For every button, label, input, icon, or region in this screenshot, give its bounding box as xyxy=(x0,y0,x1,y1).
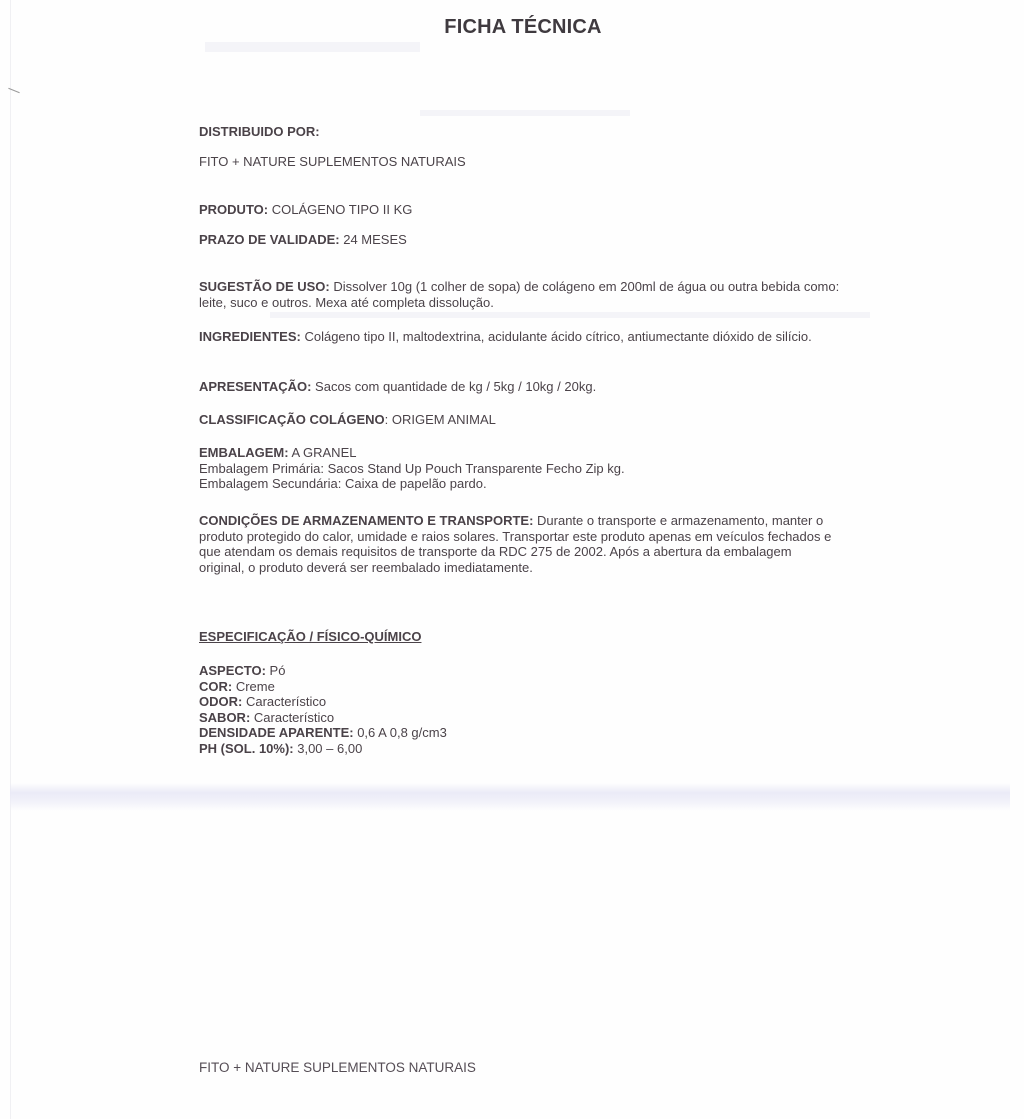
ingredientes-label: INGREDIENTES: xyxy=(199,329,301,344)
sugestao-uso-label: SUGESTÃO DE USO: xyxy=(199,279,330,294)
produto-field: PRODUTO: COLÁGENO TIPO II KG xyxy=(199,202,849,218)
embalagem-line: EMBALAGEM: A GRANEL xyxy=(199,445,849,461)
embalagem-secundaria: Embalagem Secundária: Caixa de papelão p… xyxy=(199,476,849,492)
spec-item-odor: ODOR: Característico xyxy=(199,694,849,710)
embalagem-label: EMBALAGEM: xyxy=(199,445,289,460)
especificacao-heading: ESPECIFICAÇÃO / FÍSICO-QUÍMICO xyxy=(199,629,849,645)
document-page: FICHA TÉCNICA DISTRIBUIDO POR: FITO + NA… xyxy=(0,0,1024,1119)
bleed-through-artifact xyxy=(270,312,870,318)
especificacao-list: ASPECTO: Pó COR: Creme ODOR: Característ… xyxy=(199,663,849,756)
sugestao-uso-field: SUGESTÃO DE USO: Dissolver 10g (1 colher… xyxy=(199,279,849,310)
apresentacao-label: APRESENTAÇÃO: xyxy=(199,379,311,394)
spec-item-cor: COR: Creme xyxy=(199,679,849,695)
spec-item-sabor: SABOR: Característico xyxy=(199,710,849,726)
distribuido-por-label: DISTRIBUIDO POR: xyxy=(199,124,849,140)
embalagem-value: A GRANEL xyxy=(289,445,357,460)
produto-label: PRODUTO: xyxy=(199,202,268,217)
scan-edge-artifact xyxy=(10,0,11,1119)
spec-item-ph: PH (SOL. 10%): 3,00 – 6,00 xyxy=(199,741,849,757)
document-title: FICHA TÉCNICA xyxy=(0,16,1024,39)
classificacao-field: CLASSIFICAÇÃO COLÁGENO: ORIGEM ANIMAL xyxy=(199,412,849,428)
embalagem-field: EMBALAGEM: A GRANEL Embalagem Primária: … xyxy=(199,445,849,492)
spec-item-aspecto: ASPECTO: Pó xyxy=(199,663,849,679)
bleed-through-artifact xyxy=(420,110,630,116)
apresentacao-field: APRESENTAÇÃO: Sacos com quantidade de kg… xyxy=(199,379,849,395)
document-footer: FITO + NATURE SUPLEMENTOS NATURAIS xyxy=(199,1060,476,1075)
produto-value: COLÁGENO TIPO II KG xyxy=(268,202,412,217)
prazo-validade-field: PRAZO DE VALIDADE: 24 MESES xyxy=(199,232,849,248)
apresentacao-value: Sacos com quantidade de kg / 5kg / 10kg … xyxy=(311,379,596,394)
distribuido-por-value: FITO + NATURE SUPLEMENTOS NATURAIS xyxy=(199,154,849,170)
condicoes-label: CONDIÇÕES DE ARMAZENAMENTO E TRANSPORTE: xyxy=(199,513,533,528)
condicoes-field: CONDIÇÕES DE ARMAZENAMENTO E TRANSPORTE:… xyxy=(199,513,839,575)
classificacao-value: : ORIGEM ANIMAL xyxy=(385,412,496,427)
embalagem-primaria: Embalagem Primária: Sacos Stand Up Pouch… xyxy=(199,461,849,477)
scan-band-artifact xyxy=(10,783,1010,811)
classificacao-label: CLASSIFICAÇÃO COLÁGENO xyxy=(199,412,385,427)
ingredientes-field: INGREDIENTES: Colágeno tipo II, maltodex… xyxy=(199,329,849,345)
prazo-validade-value: 24 MESES xyxy=(340,232,407,247)
spec-item-densidade: DENSIDADE APARENTE: 0,6 A 0,8 g/cm3 xyxy=(199,725,849,741)
ingredientes-value: Colágeno tipo II, maltodextrina, acidula… xyxy=(301,329,812,344)
prazo-validade-label: PRAZO DE VALIDADE: xyxy=(199,232,340,247)
bleed-through-artifact xyxy=(205,42,420,52)
